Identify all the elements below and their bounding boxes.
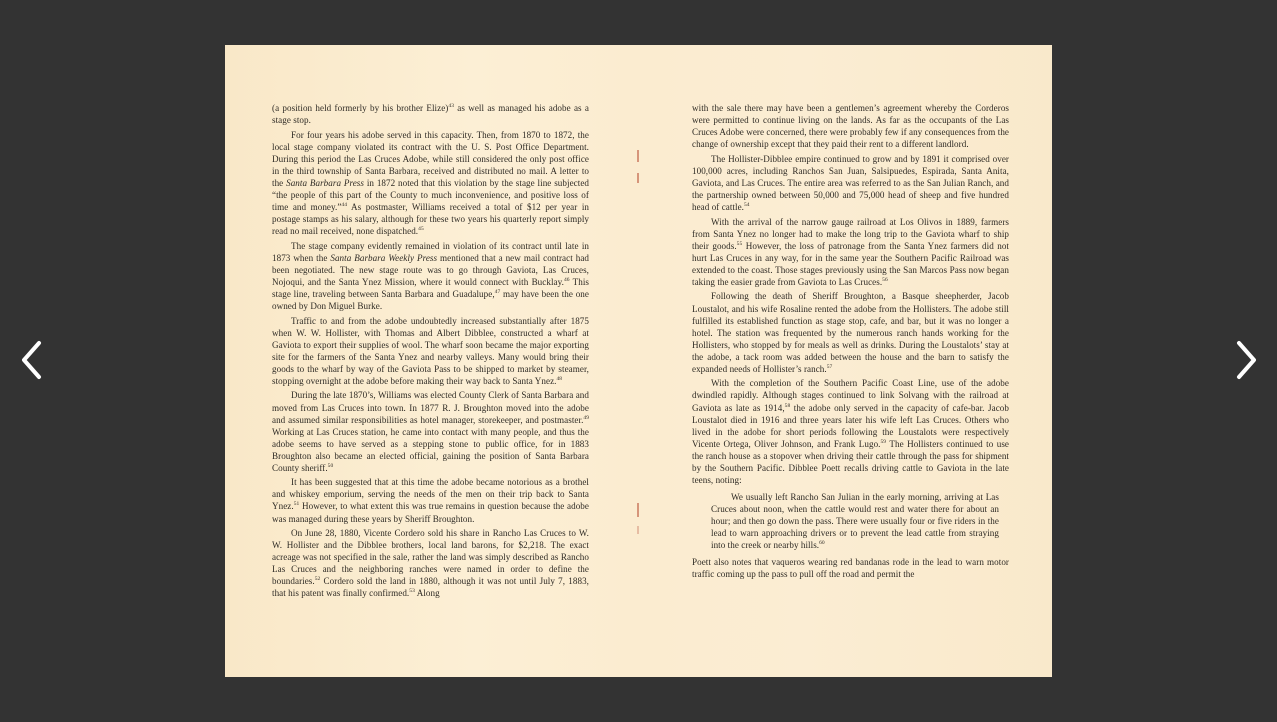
- right-page-text: with the sale there may have been a gent…: [692, 102, 1009, 580]
- paragraph: with the sale there may have been a gent…: [692, 102, 1009, 150]
- paragraph: Traffic to and from the adobe undoubtedl…: [272, 315, 589, 387]
- binding-mark: [637, 150, 639, 162]
- left-page-text: (a position held formerly by his brother…: [272, 102, 589, 599]
- binding-mark: [637, 173, 639, 183]
- block-quote: We usually left Rancho San Julian in the…: [711, 491, 999, 551]
- document-spread: (a position held formerly by his brother…: [225, 45, 1052, 677]
- chevron-left-icon: [19, 339, 45, 381]
- paragraph: During the late 1870’s, Williams was ele…: [272, 389, 589, 473]
- paragraph: The Hollister-Dibblee empire continued t…: [692, 153, 1009, 213]
- paragraph: For four years his adobe served in this …: [272, 129, 589, 237]
- paragraph: With the arrival of the narrow gauge rai…: [692, 216, 1009, 288]
- paragraph: (a position held formerly by his brother…: [272, 102, 589, 126]
- paragraph: It has been suggested that at this time …: [272, 476, 589, 524]
- paragraph: On June 28, 1880, Vicente Cordero sold h…: [272, 527, 589, 599]
- paragraph: With the completion of the Southern Paci…: [692, 377, 1009, 485]
- previous-page-button[interactable]: [12, 339, 52, 381]
- paragraph: Poett also notes that vaqueros wearing r…: [692, 556, 1009, 580]
- binding-mark: [637, 526, 639, 534]
- binding-mark: [637, 503, 639, 517]
- chevron-right-icon: [1233, 339, 1259, 381]
- paragraph: The stage company evidently remained in …: [272, 240, 589, 312]
- paragraph: Following the death of Sheriff Broughton…: [692, 290, 1009, 374]
- next-page-button[interactable]: [1226, 339, 1266, 381]
